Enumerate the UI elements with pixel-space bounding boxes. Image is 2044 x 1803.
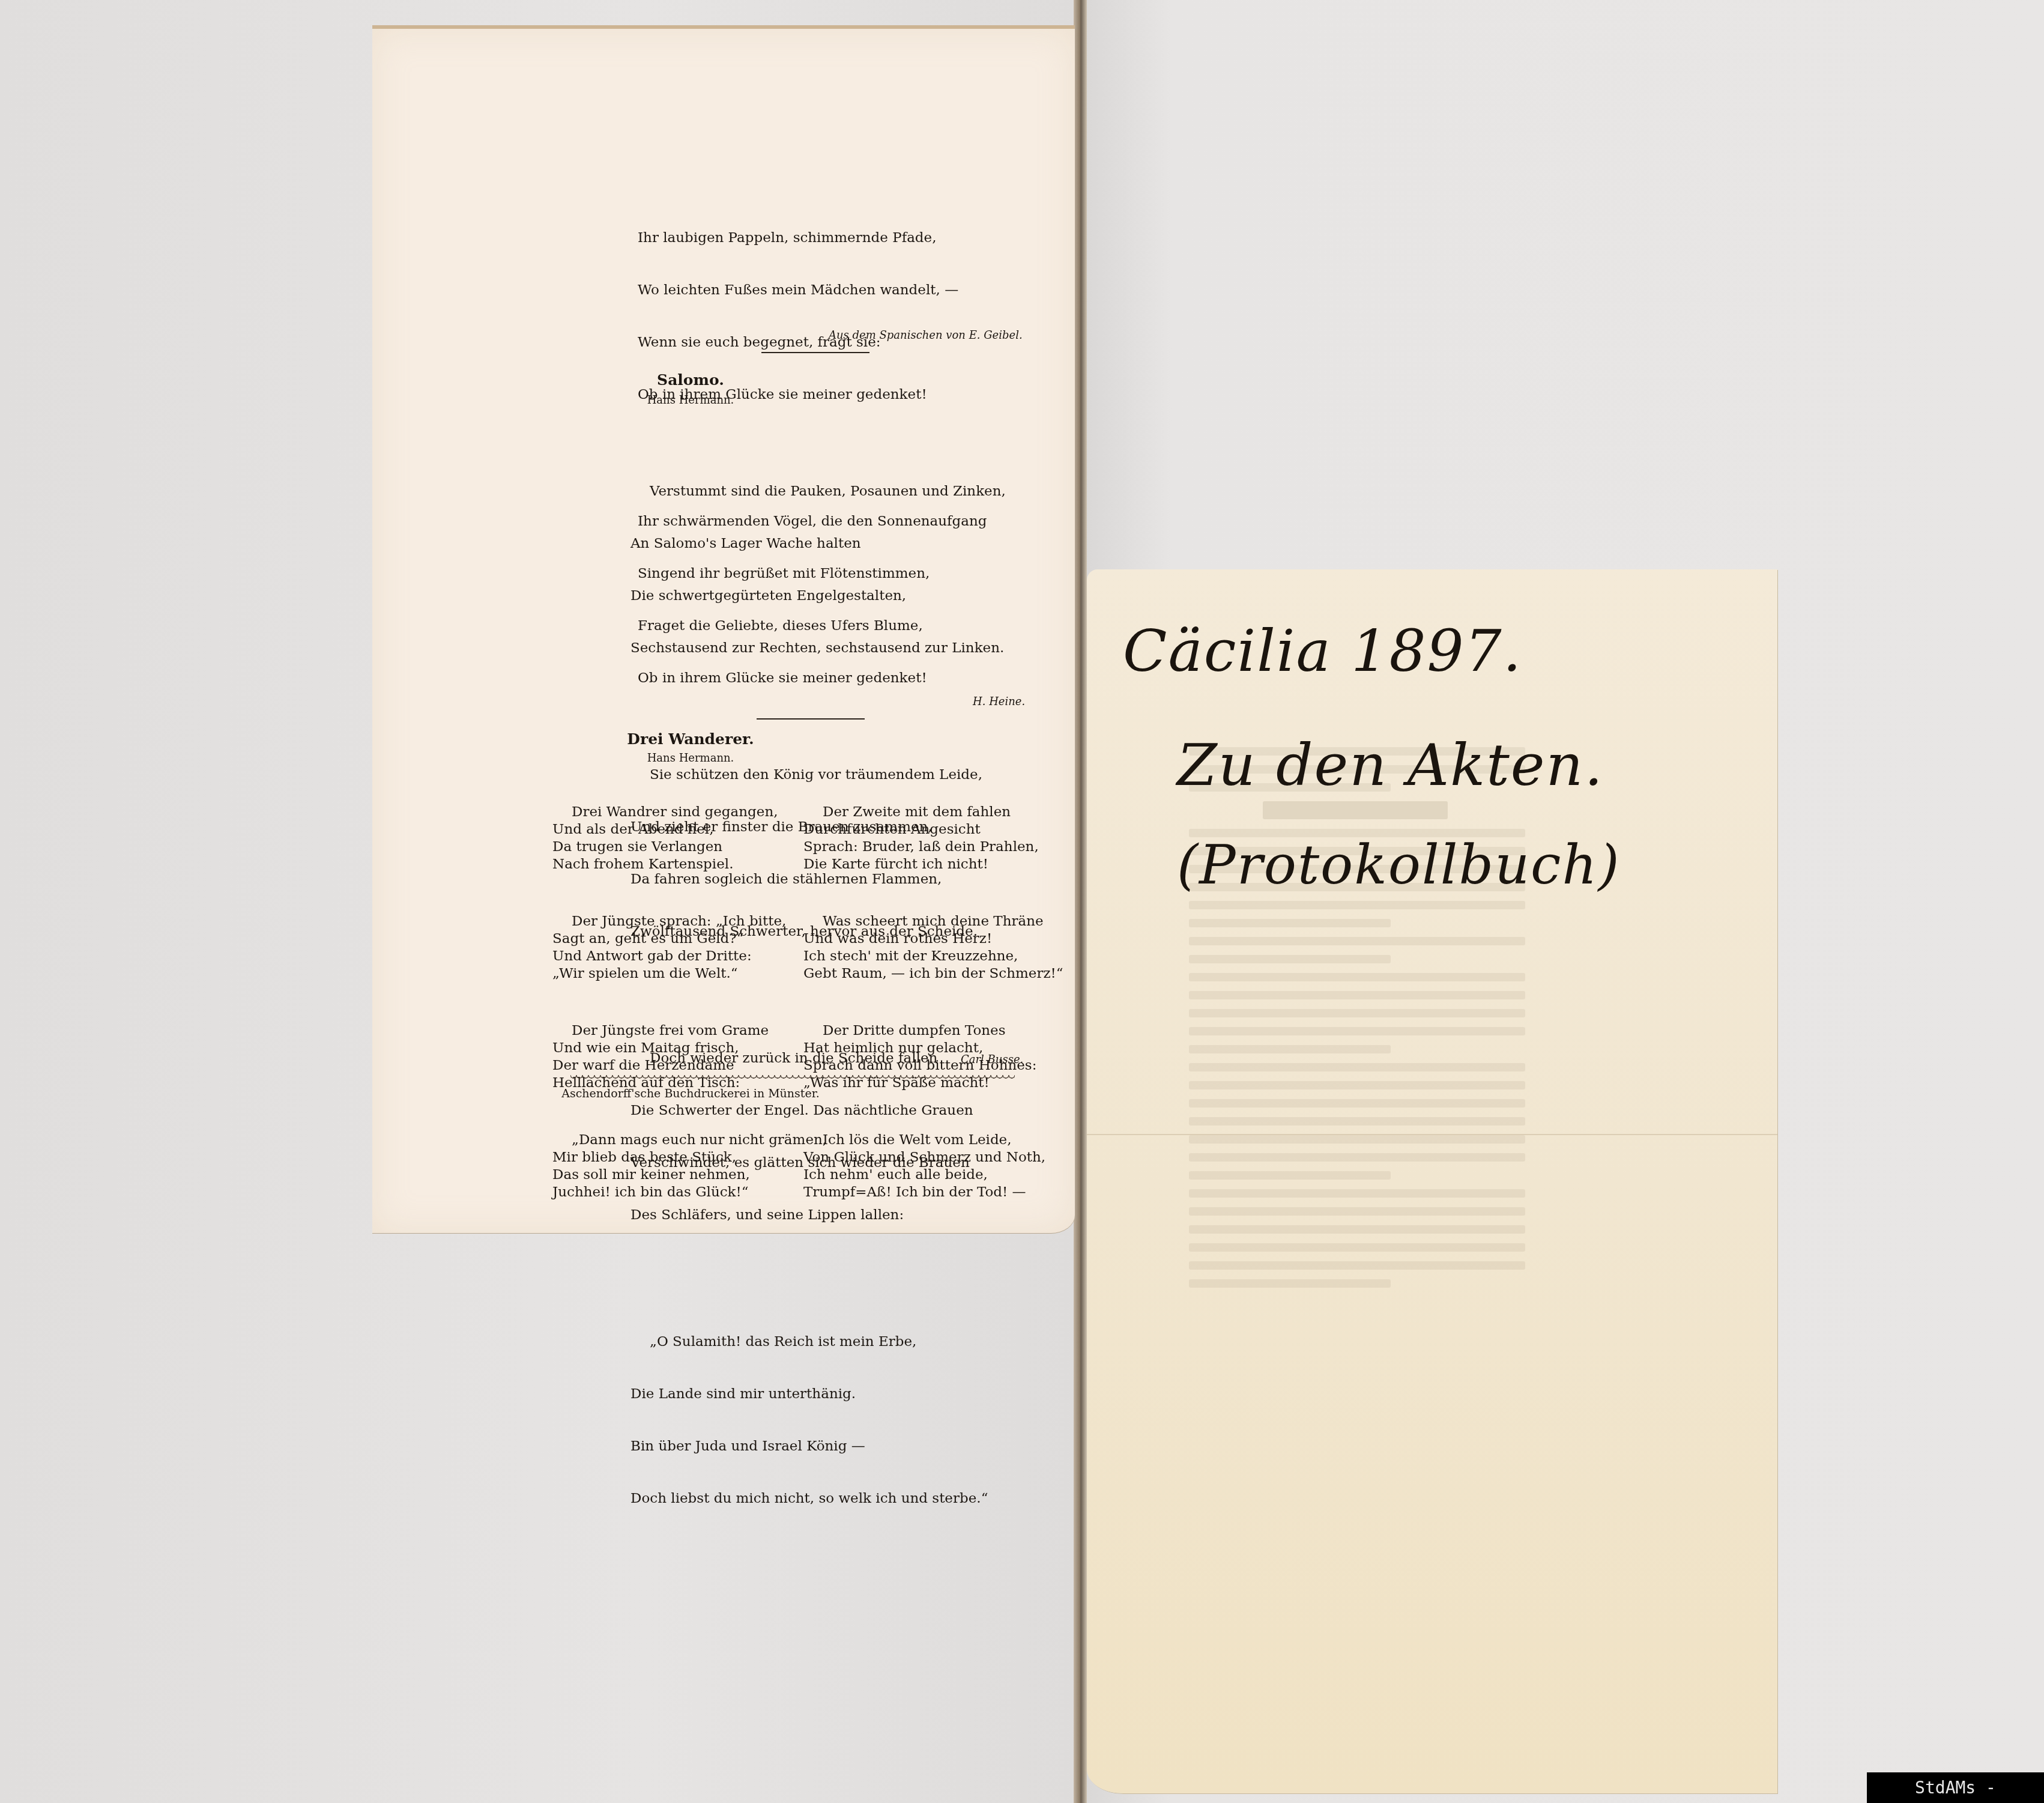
stanza: „O Sulamith! das Reich ist mein Erbe, Di… xyxy=(630,1298,1006,1542)
printer-imprint: Aschendorff'sche Buchdruckerei in Münste… xyxy=(372,1087,1009,1100)
poem-attribution: Carl Busse. xyxy=(961,1053,1023,1066)
stanza: Verstummt sind die Pauken, Posaunen und … xyxy=(630,448,1006,692)
poem-title-salomo: Salomo. xyxy=(372,371,1009,389)
handwritten-cover-sheet: Cäcilia 1897. Zu den Akten. (Protokollbu… xyxy=(1087,569,1777,1793)
handwritten-note-parenthetical: (Protokollbuch) xyxy=(1177,834,1621,897)
poem-composer: Hans Hermann. xyxy=(372,394,1009,407)
wavy-rule xyxy=(570,1075,1015,1081)
fold-crease xyxy=(1087,1134,1777,1135)
poem-attribution: H. Heine. xyxy=(973,695,1025,708)
handwritten-title: Cäcilia 1897. xyxy=(1123,617,1522,685)
bleed-through-text xyxy=(1189,738,1525,1297)
section-divider xyxy=(761,352,869,353)
poem-column-left: Drei Wandrer sind gegangen,Und als der A… xyxy=(552,769,827,1241)
archive-id-label: StdAMs - MV_004_517 xyxy=(1867,1772,2044,1803)
handwritten-note: Zu den Akten. xyxy=(1177,732,1604,799)
poem-composer: Hans Hermann. xyxy=(372,752,1009,765)
section-divider xyxy=(757,718,865,720)
poem-title-drei-wanderer: Drei Wanderer. xyxy=(372,730,1009,748)
book-gutter xyxy=(1074,0,1087,1803)
poem-attribution: Aus dem Spanischen von E. Geibel. xyxy=(829,329,1023,342)
printed-program-page: Ihr laubigen Pappeln, schimmernde Pfade,… xyxy=(372,25,1075,1233)
poem-column-right: Der Zweite mit dem fahlenDurchfurchten A… xyxy=(803,769,1063,1241)
